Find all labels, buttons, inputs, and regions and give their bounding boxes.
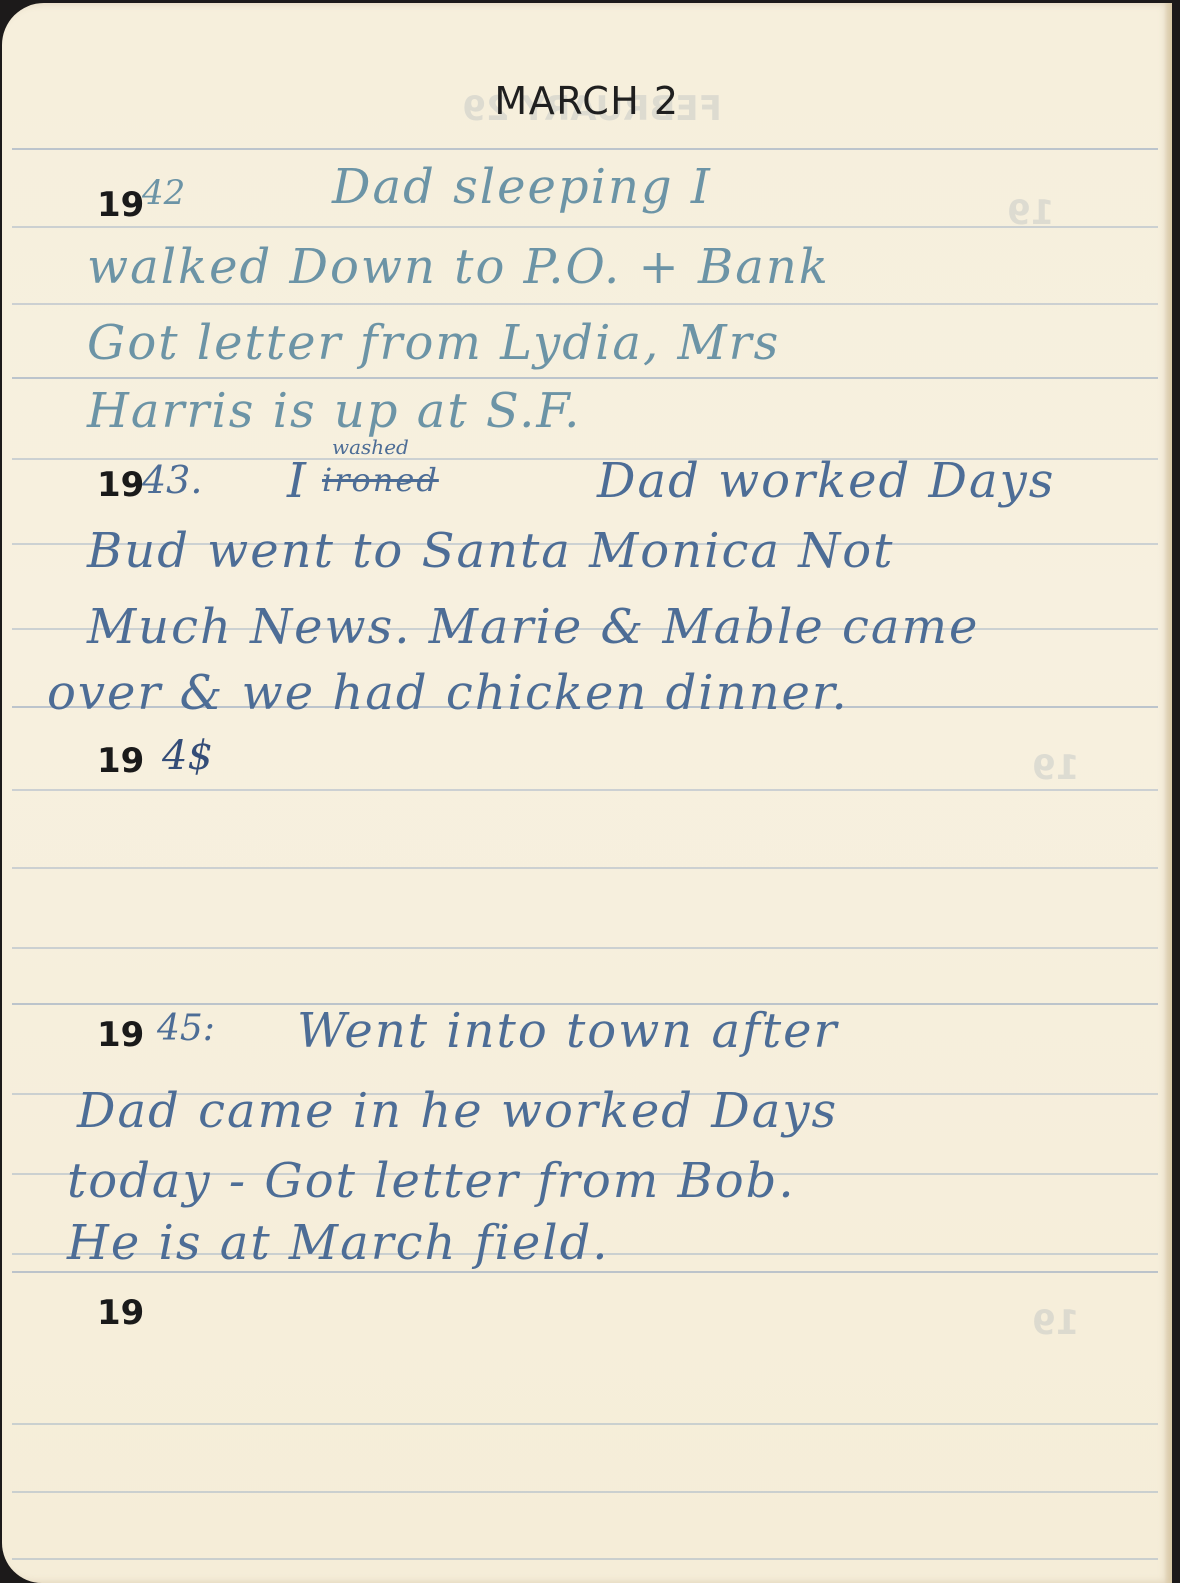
printed-year: 19 — [97, 1015, 144, 1055]
ruled-line — [12, 947, 1158, 949]
handwritten-line: Dad worked Days — [597, 453, 1055, 509]
ruled-line — [12, 1558, 1158, 1560]
handwritten-line: over & we had chicken dinner. — [47, 665, 849, 721]
handwritten-year: 43. — [142, 458, 202, 502]
handwritten-line: He is at March field. — [67, 1215, 610, 1271]
handwritten-year: 42 — [142, 173, 185, 213]
ruled-line — [12, 1423, 1158, 1425]
handwritten-line: Went into town after — [297, 1003, 838, 1059]
handwritten-line: Harris is up at S.F. — [87, 383, 581, 439]
ruled-line — [12, 867, 1158, 869]
handwritten-line: Bud went to Santa Monica Not — [87, 523, 894, 579]
section-divider — [12, 1271, 1158, 1273]
ruled-line — [12, 303, 1158, 305]
inserted-word: washed — [332, 435, 409, 459]
ruled-line — [12, 789, 1158, 791]
handwritten-line: walked Down to P.O. + Bank — [87, 239, 830, 295]
handwritten-line: Dad sleeping I — [332, 159, 712, 215]
handwritten-year: 45: — [157, 1008, 215, 1049]
page-date-header: MARCH 2 — [2, 79, 1172, 123]
ruled-line — [12, 1491, 1158, 1493]
handwritten-line: Dad came in he worked Days — [77, 1083, 838, 1139]
ghost-year: 19 — [1032, 748, 1079, 788]
printed-year: 19 — [97, 741, 144, 781]
section-divider — [12, 377, 1158, 379]
printed-year: 19 — [97, 185, 144, 225]
handwritten-line: I — [287, 453, 308, 509]
handwritten-line: Got letter from Lydia, Mrs — [87, 315, 780, 371]
ruled-line — [12, 148, 1158, 150]
struck-word: ironed — [322, 461, 439, 499]
printed-year: 19 — [97, 465, 144, 505]
ghost-year: 19 — [1032, 1303, 1079, 1343]
ruled-line — [12, 226, 1158, 228]
handwritten-line: Much News. Marie & Mable came — [87, 599, 979, 655]
handwritten-year: 4$ — [162, 733, 213, 779]
handwritten-line: today - Got letter from Bob. — [67, 1153, 796, 1209]
diary-page: FEBRUARY 29 19 19 19 MARCH 2 19 42 Dad s… — [2, 3, 1172, 1583]
printed-year: 19 — [97, 1293, 144, 1333]
